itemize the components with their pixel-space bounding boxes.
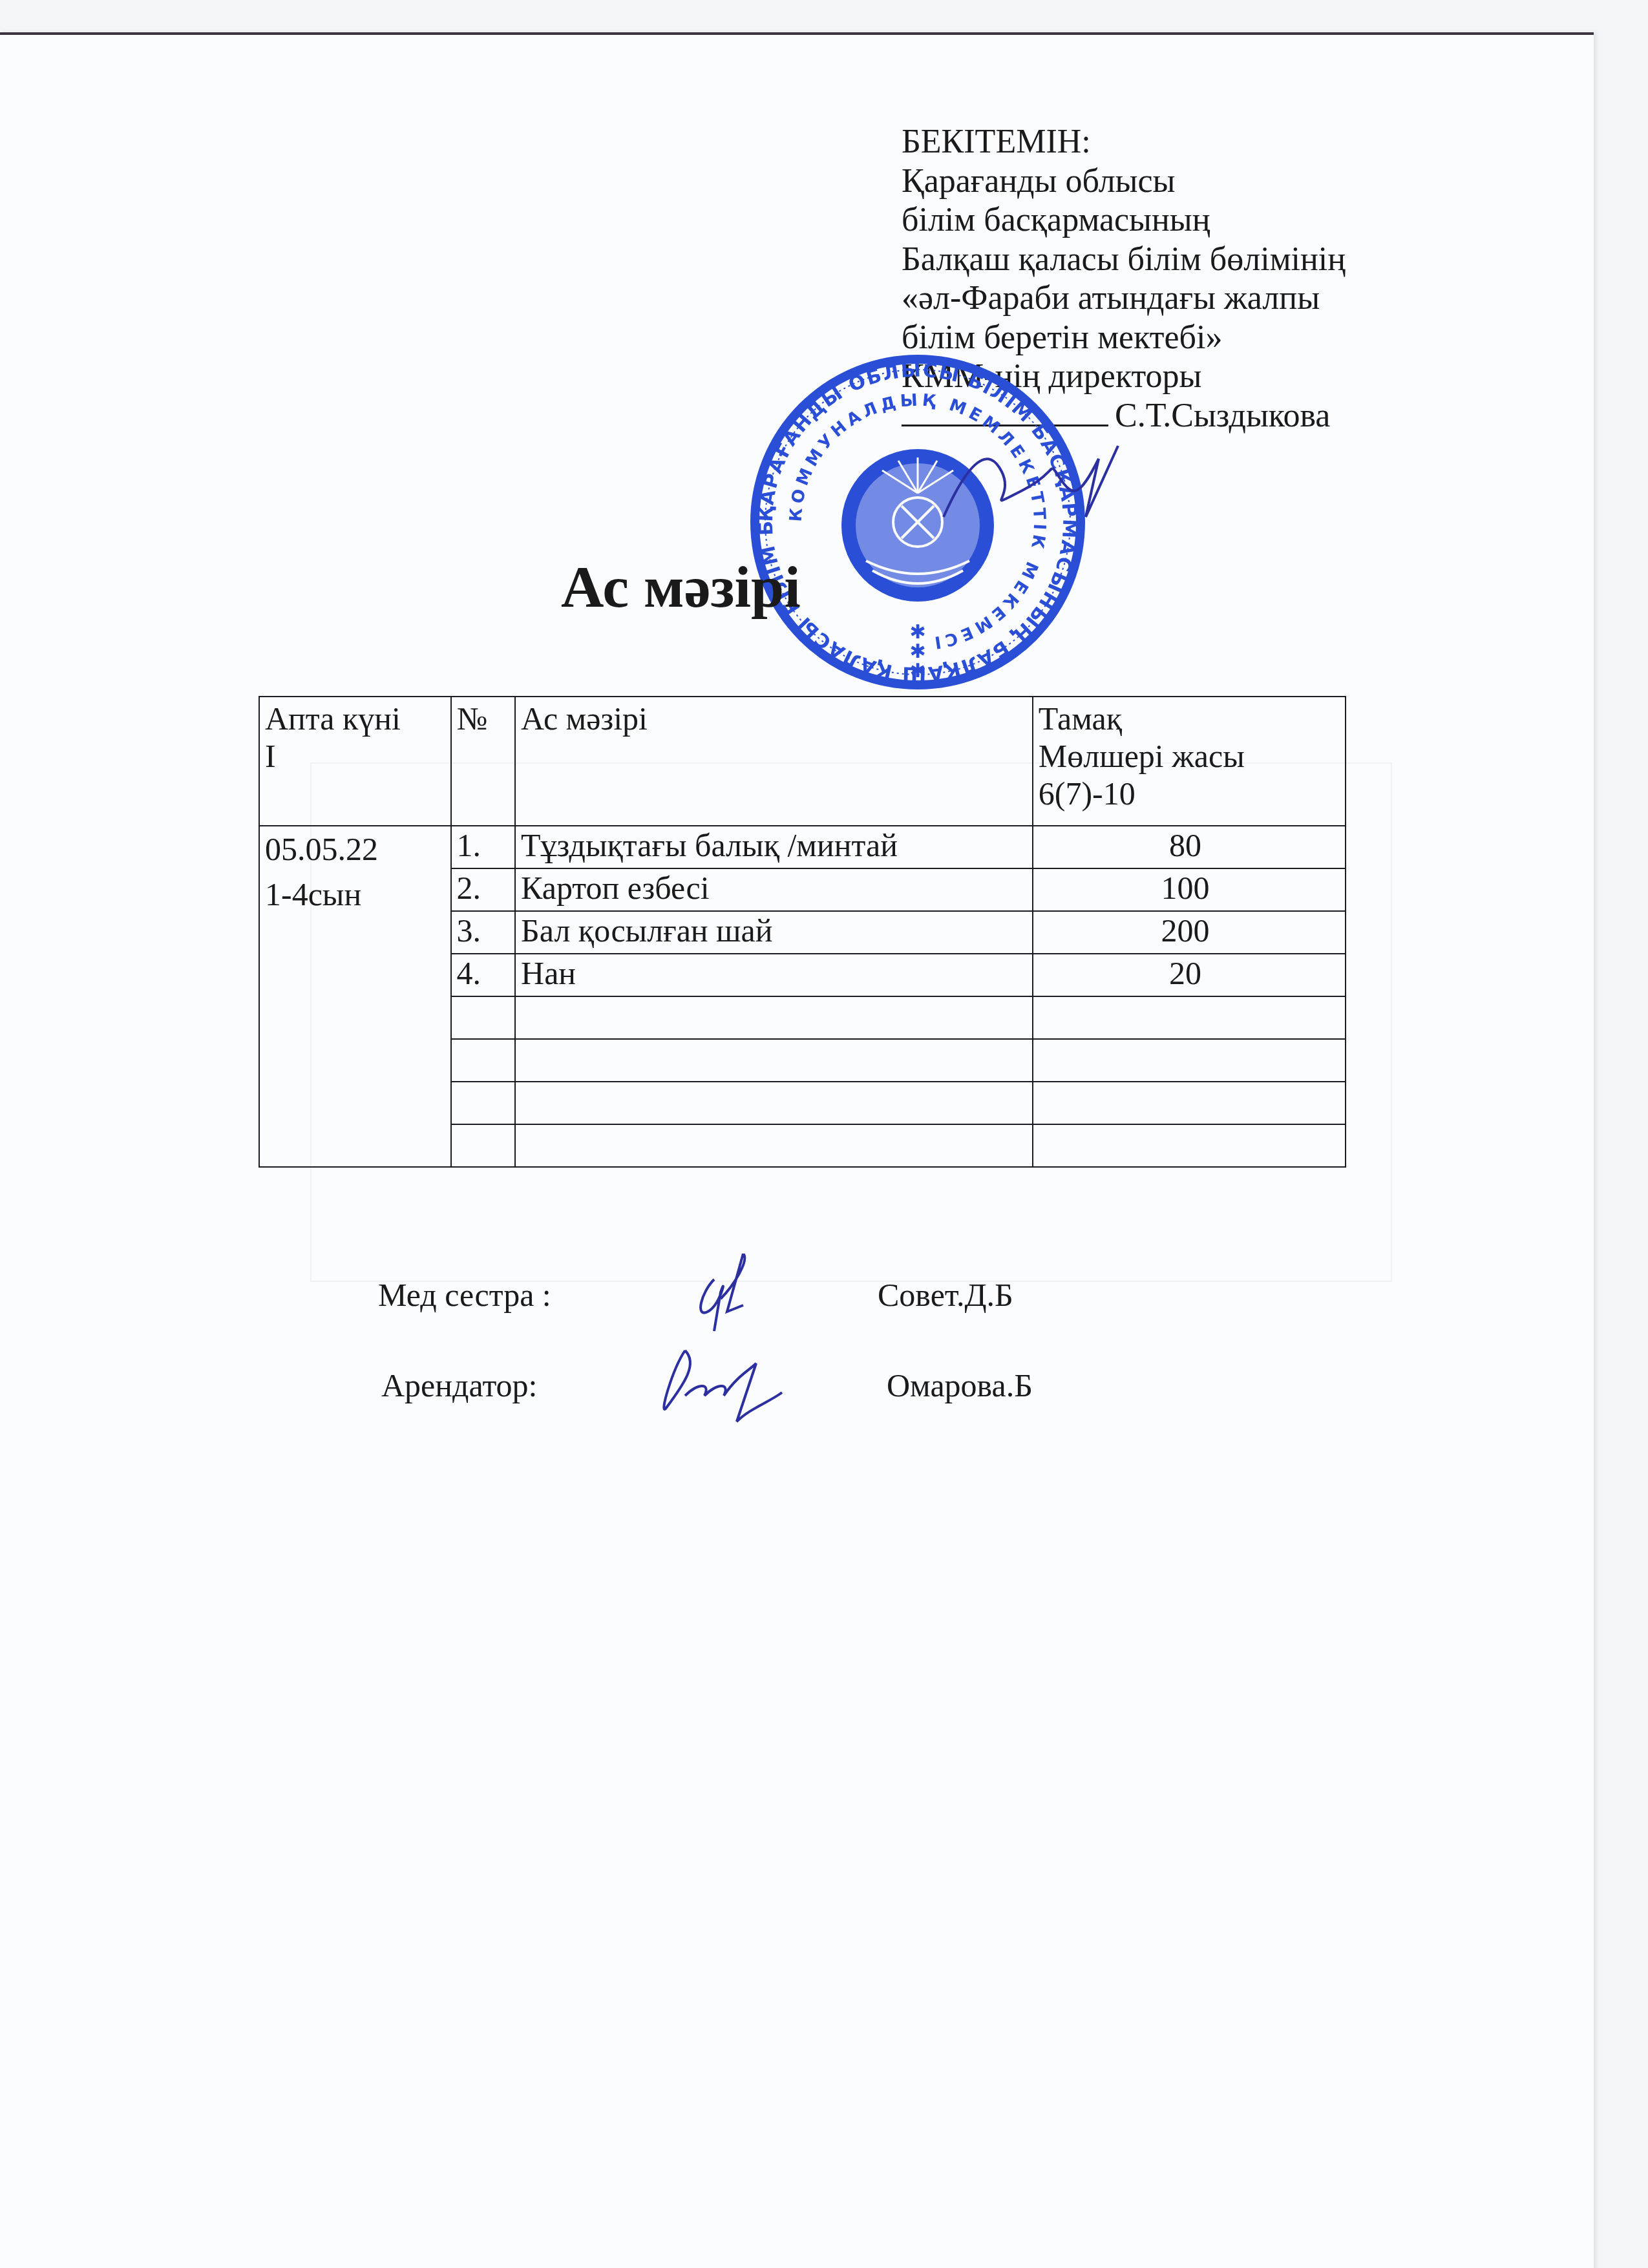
row-number: 2. xyxy=(451,868,516,911)
approval-line: Қарағанды облысы xyxy=(902,162,1346,202)
director-name: С.Т.Сыздыкова xyxy=(1115,397,1330,434)
dish-name: Тұздықтағы балық /минтай xyxy=(515,826,1033,868)
header-portion-line: 6(7)-10 xyxy=(1039,775,1340,812)
dish-name xyxy=(515,1124,1033,1167)
dish-name: Нан xyxy=(515,954,1033,996)
approval-line: білім беретін мектебі» xyxy=(902,319,1346,358)
approval-line: «әл-Фараби атындағы жалпы xyxy=(902,279,1346,319)
nurse-signature-icon xyxy=(688,1254,759,1338)
date-text: 05.05.22 xyxy=(265,826,445,872)
signature-name: Омарова.Б xyxy=(887,1367,1033,1403)
approval-line: Балқаш қаласы білім бөлімінің xyxy=(902,240,1346,280)
header-portion: Тамақ Мөлшері жасы 6(7)-10 xyxy=(1033,697,1346,826)
header-menu: Ас мәзірі xyxy=(515,697,1033,826)
portion-amount: 100 xyxy=(1033,868,1346,911)
signature-name: Совет.Д.Б xyxy=(878,1277,1013,1313)
portion-amount: 20 xyxy=(1033,954,1346,996)
header-day: Апта күні I xyxy=(259,697,451,826)
portion-amount xyxy=(1033,1082,1346,1124)
day-cell: 05.05.22 1-4сын xyxy=(259,826,451,1167)
signature-row-nurse: Мед сестра : xyxy=(378,1276,551,1314)
portion-amount xyxy=(1033,1039,1346,1082)
header-day-line: Апта күні xyxy=(265,700,445,737)
portion-amount xyxy=(1033,996,1346,1039)
dish-name xyxy=(515,1082,1033,1124)
director-signature-icon xyxy=(931,420,1137,549)
row-number xyxy=(451,1039,516,1082)
dish-name xyxy=(515,996,1033,1039)
signature-role: Мед сестра : xyxy=(378,1277,551,1313)
dish-name: Картоп езбесі xyxy=(515,868,1033,911)
grade-text: 1-4сын xyxy=(265,872,445,917)
table-header-row: Апта күні I № Ас мәзірі Тамақ Мөлшері жа… xyxy=(259,697,1346,826)
row-number: 3. xyxy=(451,911,516,954)
header-day-line: I xyxy=(265,737,445,775)
signature-role: Арендатор: xyxy=(381,1367,537,1403)
table-row: 05.05.22 1-4сын 1. Тұздықтағы балық /мин… xyxy=(259,826,1346,868)
row-number: 1. xyxy=(451,826,516,868)
header-portion-line: Тамақ xyxy=(1039,700,1340,737)
row-number xyxy=(451,1082,516,1124)
signature-name-tenant: Омарова.Б xyxy=(887,1367,1033,1404)
row-number xyxy=(451,996,516,1039)
menu-table: Апта күні I № Ас мәзірі Тамақ Мөлшері жа… xyxy=(259,696,1346,1168)
page-title: Ас мәзірі xyxy=(561,552,801,621)
header-portion-line: Мөлшері жасы xyxy=(1039,737,1340,775)
signature-row-tenant: Арендатор: xyxy=(381,1367,537,1404)
approval-line: білім басқармасының xyxy=(902,201,1346,240)
header-number: № xyxy=(451,697,516,826)
row-number xyxy=(451,1124,516,1167)
signature-name-nurse: Совет.Д.Б xyxy=(878,1276,1013,1314)
row-number: 4. xyxy=(451,954,516,996)
dish-name: Бал қосылған шай xyxy=(515,911,1033,954)
portion-amount: 200 xyxy=(1033,911,1346,954)
portion-amount: 80 xyxy=(1033,826,1346,868)
portion-amount xyxy=(1033,1124,1346,1167)
svg-text:✱: ✱ xyxy=(909,660,925,682)
tenant-signature-icon xyxy=(659,1344,788,1434)
approval-heading: БЕКІТЕМІН: xyxy=(902,123,1346,162)
dish-name xyxy=(515,1039,1033,1082)
